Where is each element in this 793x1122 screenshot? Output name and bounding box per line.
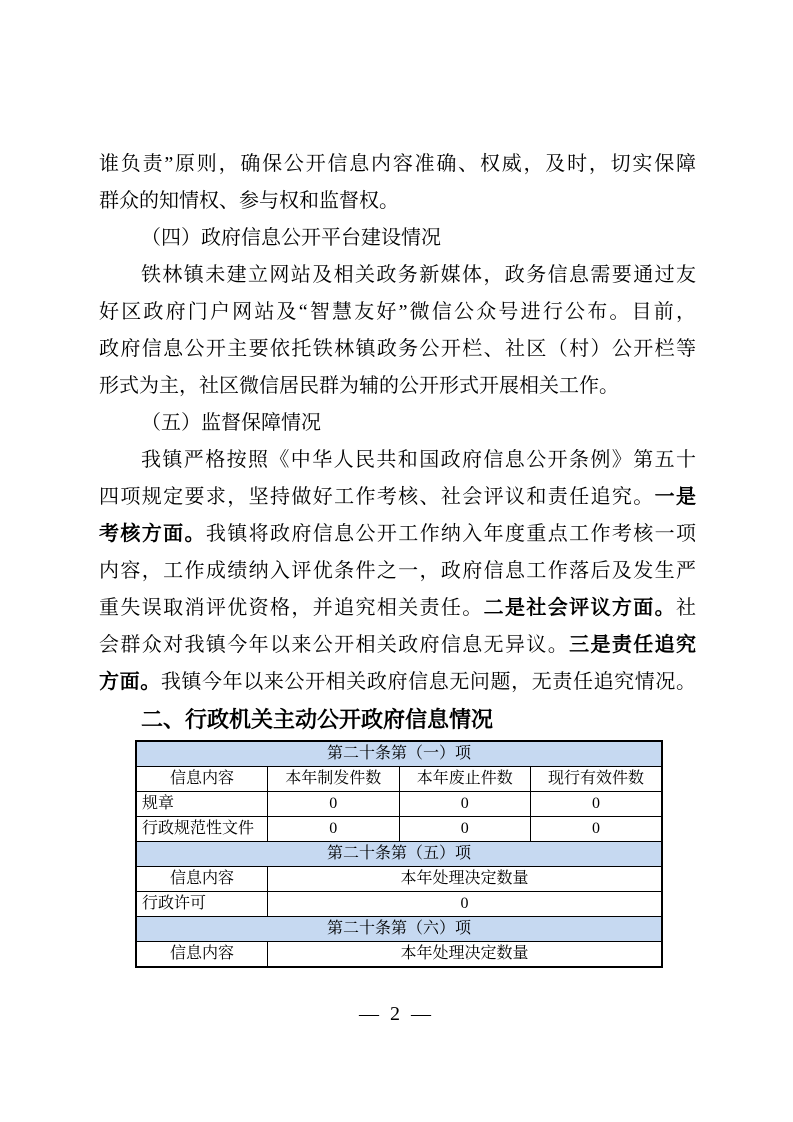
table-row: 行政许可 0 — [136, 892, 662, 917]
table-cell: 0 — [268, 817, 400, 842]
subsection-heading-5: （五）监督保障情况 — [99, 405, 696, 442]
table-header-cell: 本年制发件数 — [268, 767, 400, 792]
table-band-cell: 第二十条第（一）项 — [136, 741, 662, 767]
table-header-row: 信息内容 本年处理决定数量 — [136, 942, 662, 968]
table-cell: 0 — [399, 792, 531, 817]
paragraph-line: 好区政府门户网站及“智慧友好”微信公众号进行公布。目前， — [99, 294, 696, 331]
paragraph-line: 内容，工作成绩纳入评优条件之一，政府信息工作落后及发生严 — [99, 553, 696, 590]
bold-text-run: 方面。 — [99, 671, 161, 693]
document-body: 谁负责”原则，确保公开信息内容准确、权威，及时，切实保障 群众的知情权、参与权和… — [99, 146, 696, 738]
table-header-cell: 本年处理决定数量 — [268, 942, 663, 968]
bold-text-run: 二是社会评议方面。 — [484, 597, 676, 619]
table-cell: 行政许可 — [136, 892, 268, 917]
table-section-band: 第二十条第（六）项 — [136, 917, 662, 942]
text-run: 好区政府门户网站及“智慧友好”微信公众号进行公布。目前， — [99, 301, 696, 323]
paragraph-line: 方面。我镇今年以来公开相关政府信息无问题，无责任追究情况。 — [99, 664, 696, 701]
paragraph-line: 谁负责”原则，确保公开信息内容准确、权威，及时，切实保障 — [99, 146, 696, 183]
text-run: 谁负责”原则，确保公开信息内容准确、权威，及时，切实保障 — [99, 153, 696, 175]
table-cell: 0 — [399, 817, 531, 842]
table-header-row: 信息内容 本年处理决定数量 — [136, 867, 662, 892]
table-row: 行政规范性文件 0 0 0 — [136, 817, 662, 842]
table-cell: 行政规范性文件 — [136, 817, 268, 842]
table-cell: 0 — [268, 892, 663, 917]
table-header-cell: 本年废止件数 — [399, 767, 531, 792]
text-run: 内容，工作成绩纳入评优条件之一，政府信息工作落后及发生严 — [99, 560, 696, 582]
table-band-cell: 第二十条第（六）项 — [136, 917, 662, 942]
paragraph-line: 考核方面。我镇将政府信息公开工作纳入年度重点工作考核一项 — [99, 516, 696, 553]
table-cell: 规章 — [136, 792, 268, 817]
article-20-disclosure-table: 第二十条第（一）项 信息内容 本年制发件数 本年废止件数 现行有效件数 规章 0… — [135, 740, 663, 968]
bold-text-run: 考核方面。 — [99, 523, 206, 545]
text-run: 群众的知情权、参与权和监督权。 — [99, 190, 399, 212]
text-run: 重失误取消评优资格，并追究相关责任。 — [99, 597, 484, 619]
table-cell: 0 — [531, 792, 663, 817]
table-header-row: 信息内容 本年制发件数 本年废止件数 现行有效件数 — [136, 767, 662, 792]
bold-text-run: 三是责任追究 — [569, 634, 696, 656]
paragraph-line: 四项规定要求，坚持做好工作考核、社会评议和责任追究。一是 — [99, 479, 696, 516]
page-number: — 2 — — [0, 1003, 793, 1026]
paragraph-line: 政府信息公开主要依托铁林镇政务公开栏、社区（村）公开栏等 — [99, 331, 696, 368]
text-run: 我镇将政府信息公开工作纳入年度重点工作考核一项 — [206, 523, 696, 545]
paragraph-line: 铁林镇未建立网站及相关政务新媒体，政务信息需要通过友 — [99, 257, 696, 294]
table-row: 规章 0 0 0 — [136, 792, 662, 817]
table-header-cell: 本年处理决定数量 — [268, 867, 663, 892]
text-run: 形式为主，社区微信居民群为辅的公开形式开展相关工作。 — [99, 375, 619, 397]
table-cell: 0 — [268, 792, 400, 817]
text-run: （四）政府信息公开平台建设情况 — [141, 227, 441, 249]
text-run: 四项规定要求，坚持做好工作考核、社会评议和责任追究。 — [99, 486, 655, 508]
table-header-cell: 信息内容 — [136, 767, 268, 792]
text-run: 我镇严格按照《中华人民共和国政府信息公开条例》第五十 — [141, 449, 696, 471]
paragraph-line: 我镇严格按照《中华人民共和国政府信息公开条例》第五十 — [99, 442, 696, 479]
subsection-heading-4: （四）政府信息公开平台建设情况 — [99, 220, 696, 257]
paragraph-line: 会群众对我镇今年以来公开相关政府信息无异议。三是责任追究 — [99, 627, 696, 664]
text-run: 铁林镇未建立网站及相关政务新媒体，政务信息需要通过友 — [141, 264, 696, 286]
text-run: 会群众对我镇今年以来公开相关政府信息无异议。 — [99, 634, 569, 656]
text-run: （五）监督保障情况 — [141, 412, 321, 434]
table-header-cell: 信息内容 — [136, 942, 268, 968]
text-run: 我镇今年以来公开相关政府信息无问题，无责任追究情况。 — [161, 671, 696, 693]
table-header-cell: 信息内容 — [136, 867, 268, 892]
paragraph-line: 群众的知情权、参与权和监督权。 — [99, 183, 696, 220]
document-page: 谁负责”原则，确保公开信息内容准确、权威，及时，切实保障 群众的知情权、参与权和… — [0, 0, 793, 1122]
table-section-band: 第二十条第（一）项 — [136, 741, 662, 767]
paragraph-line: 形式为主，社区微信居民群为辅的公开形式开展相关工作。 — [99, 368, 696, 405]
text-run: 社 — [676, 597, 696, 619]
text-run: 二、行政机关主动公开政府信息情况 — [141, 707, 493, 732]
table-section-band: 第二十条第（五）项 — [136, 842, 662, 867]
table-cell: 0 — [531, 817, 663, 842]
table-header-cell: 现行有效件数 — [531, 767, 663, 792]
section-heading-2: 二、行政机关主动公开政府信息情况 — [99, 701, 696, 738]
paragraph-line: 重失误取消评优资格，并追究相关责任。二是社会评议方面。社 — [99, 590, 696, 627]
table-band-cell: 第二十条第（五）项 — [136, 842, 662, 867]
text-run: 政府信息公开主要依托铁林镇政务公开栏、社区（村）公开栏等 — [99, 338, 696, 360]
bold-text-run: 一是 — [655, 486, 696, 508]
